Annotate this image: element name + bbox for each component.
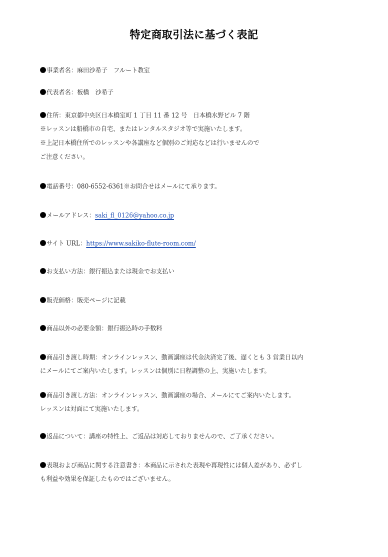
delivery-time-label: 商品引き渡し時期：	[47, 355, 102, 362]
site-url-row: サイト URL：https://www.sakiko-flute-room.co…	[40, 240, 360, 249]
delivery-time-continuation: にメールにてご案内いたします。レッスンは個別に日程調整の上、実施いたします。	[40, 368, 360, 376]
business-name-value: 麻田沙希子 フルート教室	[77, 68, 150, 75]
bullet-icon	[40, 183, 46, 189]
delivery-time-row: 商品引き渡し時期：オンラインレッスン、動画講座は代金決済完了後、遅くとも 3 営…	[40, 354, 360, 363]
phone-value: 080-6552-6361※お問合せはメールにて承ります。	[77, 184, 221, 191]
address-row: 住所：東京都中央区日本橋室町 1 丁目 11 番 12 号 日本橋水野ビル 7 …	[40, 112, 360, 121]
other-fees-row: 商品以外の必要金額：銀行振込時の手数料	[40, 325, 360, 334]
price-label: 販売価格：	[47, 298, 77, 305]
delivery-method-label: 商品引き渡し方法：	[47, 393, 102, 400]
payment-row: お支払い方法：銀行振込または現金でお支払い	[40, 268, 360, 277]
payment-label: お支払い方法：	[47, 269, 90, 276]
delivery-method-row: 商品引き渡し方法：オンラインレッスン、動画講座の場合、メールにてご案内いたします…	[40, 392, 360, 401]
address-label: 住所：	[47, 113, 65, 120]
bullet-icon	[40, 212, 46, 218]
bullet-icon	[40, 354, 46, 360]
address-note: ※上記日本橋住所でのレッスンや各講座など個別のご対応などは行いませんので	[40, 140, 360, 148]
site-url-link[interactable]: https://www.sakiko-flute-room.com/	[86, 241, 196, 248]
site-url-label: サイト URL：	[47, 241, 87, 248]
disclaimer-value: 本商品に示された表現や再現性には個人差があり、必ずし	[144, 463, 302, 470]
returns-label: 返品について：	[47, 434, 90, 441]
payment-value: 銀行振込または現金でお支払い	[89, 269, 174, 276]
email-link[interactable]: saki_fl_0126@yahoo.co.jp	[95, 213, 174, 220]
address-value: 東京都中央区日本橋室町 1 丁目 11 番 12 号 日本橋水野ビル 7 階	[65, 113, 250, 120]
returns-value: 講座の特性上、ご返品は対応しておりませんので、ご了承ください。	[89, 434, 278, 441]
disclaimer-row: 表現および商品に関する注意書き：本商品に示された表現や再現性には個人差があり、必…	[40, 462, 360, 471]
bullet-icon	[40, 67, 46, 73]
other-fees-value: 銀行振込時の手数料	[107, 326, 162, 333]
representative-label: 代表者名：	[47, 90, 77, 97]
phone-label: 電話番号：	[47, 184, 77, 191]
delivery-time-value: オンラインレッスン、動画講座は代金決済完了後、遅くとも 3 営業日以内	[101, 355, 303, 362]
email-label: メールアドレス：	[47, 213, 95, 220]
returns-row: 返品について：講座の特性上、ご返品は対応しておりませんので、ご了承ください。	[40, 433, 360, 442]
bullet-icon	[40, 112, 46, 118]
price-row: 販売価格：販売ページに記載	[40, 297, 360, 306]
bullet-icon	[40, 462, 46, 468]
representative-row: 代表者名：板橋 沙希子	[40, 89, 360, 98]
representative-value: 板橋 沙希子	[77, 90, 114, 97]
bullet-icon	[40, 89, 46, 95]
address-note: ご注意ください。	[40, 154, 360, 162]
email-row: メールアドレス：saki_fl_0126@yahoo.co.jp	[40, 212, 360, 221]
disclaimer-continuation: も利益や効果を保証したものではございません。	[40, 476, 360, 484]
address-note: ※レッスンは船橋市の自宅、またはレンタルスタジオ等で実施いたします。	[40, 126, 360, 134]
bullet-icon	[40, 297, 46, 303]
disclaimer-label: 表現および商品に関する注意書き：	[47, 463, 145, 470]
other-fees-label: 商品以外の必要金額：	[47, 326, 108, 333]
document-page: 特定商取引法に基づく表記 事業者名：麻田沙希子 フルート教室 代表者名：板橋 沙…	[0, 0, 388, 557]
phone-row: 電話番号：080-6552-6361※お問合せはメールにて承ります。	[40, 183, 360, 192]
bullet-icon	[40, 392, 46, 398]
bullet-icon	[40, 240, 46, 246]
bullet-icon	[40, 325, 46, 331]
delivery-method-value: オンラインレッスン、動画講座の場合、メールにてご案内いたします。	[101, 393, 295, 400]
price-value: 販売ページに記載	[77, 298, 126, 305]
business-name-row: 事業者名：麻田沙希子 フルート教室	[40, 67, 360, 76]
page-title: 特定商取引法に基づく表記	[0, 27, 388, 42]
delivery-method-continuation: レッスンは対面にて実施いたします。	[40, 406, 360, 414]
business-name-label: 事業者名：	[47, 68, 77, 75]
bullet-icon	[40, 268, 46, 274]
bullet-icon	[40, 433, 46, 439]
